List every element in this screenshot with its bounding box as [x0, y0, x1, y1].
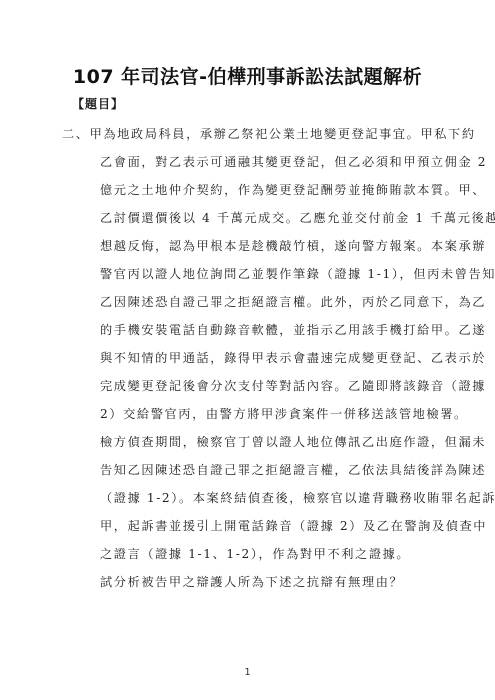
question-line: 二、甲為地政局科員，承辦乙祭祀公業土地變更登記事宜。甲私下約	[62, 125, 476, 142]
document-title: 107 年司法官-伯樺刑事訴訟法試題解析	[0, 62, 495, 89]
page-number: 1	[0, 667, 495, 678]
question-line: 甲，起訴書並援引上開電話錄音（證據 2）及乙在警詢及偵查中	[100, 517, 487, 534]
question-line: 乙會面，對乙表示可通融其變更登記，但乙必須和甲預立佣金 2	[100, 153, 487, 170]
question-line: 乙討價還價後以 4 千萬元成交。乙應允並交付前金 1 千萬元後越	[100, 209, 495, 226]
question-line: 與不知情的甲通話，錄得甲表示會盡速完成變更登記、乙表示於	[100, 349, 486, 366]
question-line: 之證言（證據 1-1、1-2），作為對甲不利之證據。	[100, 545, 410, 562]
question-line: 想越反悔，認為甲根本是趁機敲竹槓，遂向警方報案。本案承辦	[100, 237, 486, 254]
section-label: 【題目】	[72, 95, 124, 112]
question-line: 警官丙以證人地位詢問乙並製作筆錄（證據 1-1），但丙未曾告知	[100, 265, 495, 282]
question-line: 的手機安裝電話自動錄音軟體，並指示乙用該手機打給甲。乙遂	[100, 321, 486, 338]
question-line: 億元之土地仲介契約，作為變更登記酬勞並掩飾賄款本質。甲、	[100, 181, 486, 198]
question-line: 告知乙因陳述恐自證己罪之拒絕證言權，乙依法具結後詳為陳述	[100, 461, 486, 478]
question-prompt: 試分析被告甲之辯護人所為下述之抗辯有無理由？	[100, 573, 403, 590]
question-line: 乙因陳述恐自證己罪之拒絕證言權。此外，丙於乙同意下，為乙	[100, 293, 486, 310]
question-line: （證據 1-2）。本案終結偵查後，檢察官以違背職務收賄罪名起訴	[100, 489, 495, 506]
question-line: 檢方偵查期間，檢察官丁曾以證人地位傳訊乙出庭作證，但漏未	[100, 433, 486, 450]
question-line: 2）交給警官丙，由警方將甲涉貪案件一併移送該管地檢署。	[100, 405, 468, 422]
question-line: 完成變更登記後會分次支付等對話內容。乙隨即將該錄音（證據	[100, 377, 486, 394]
